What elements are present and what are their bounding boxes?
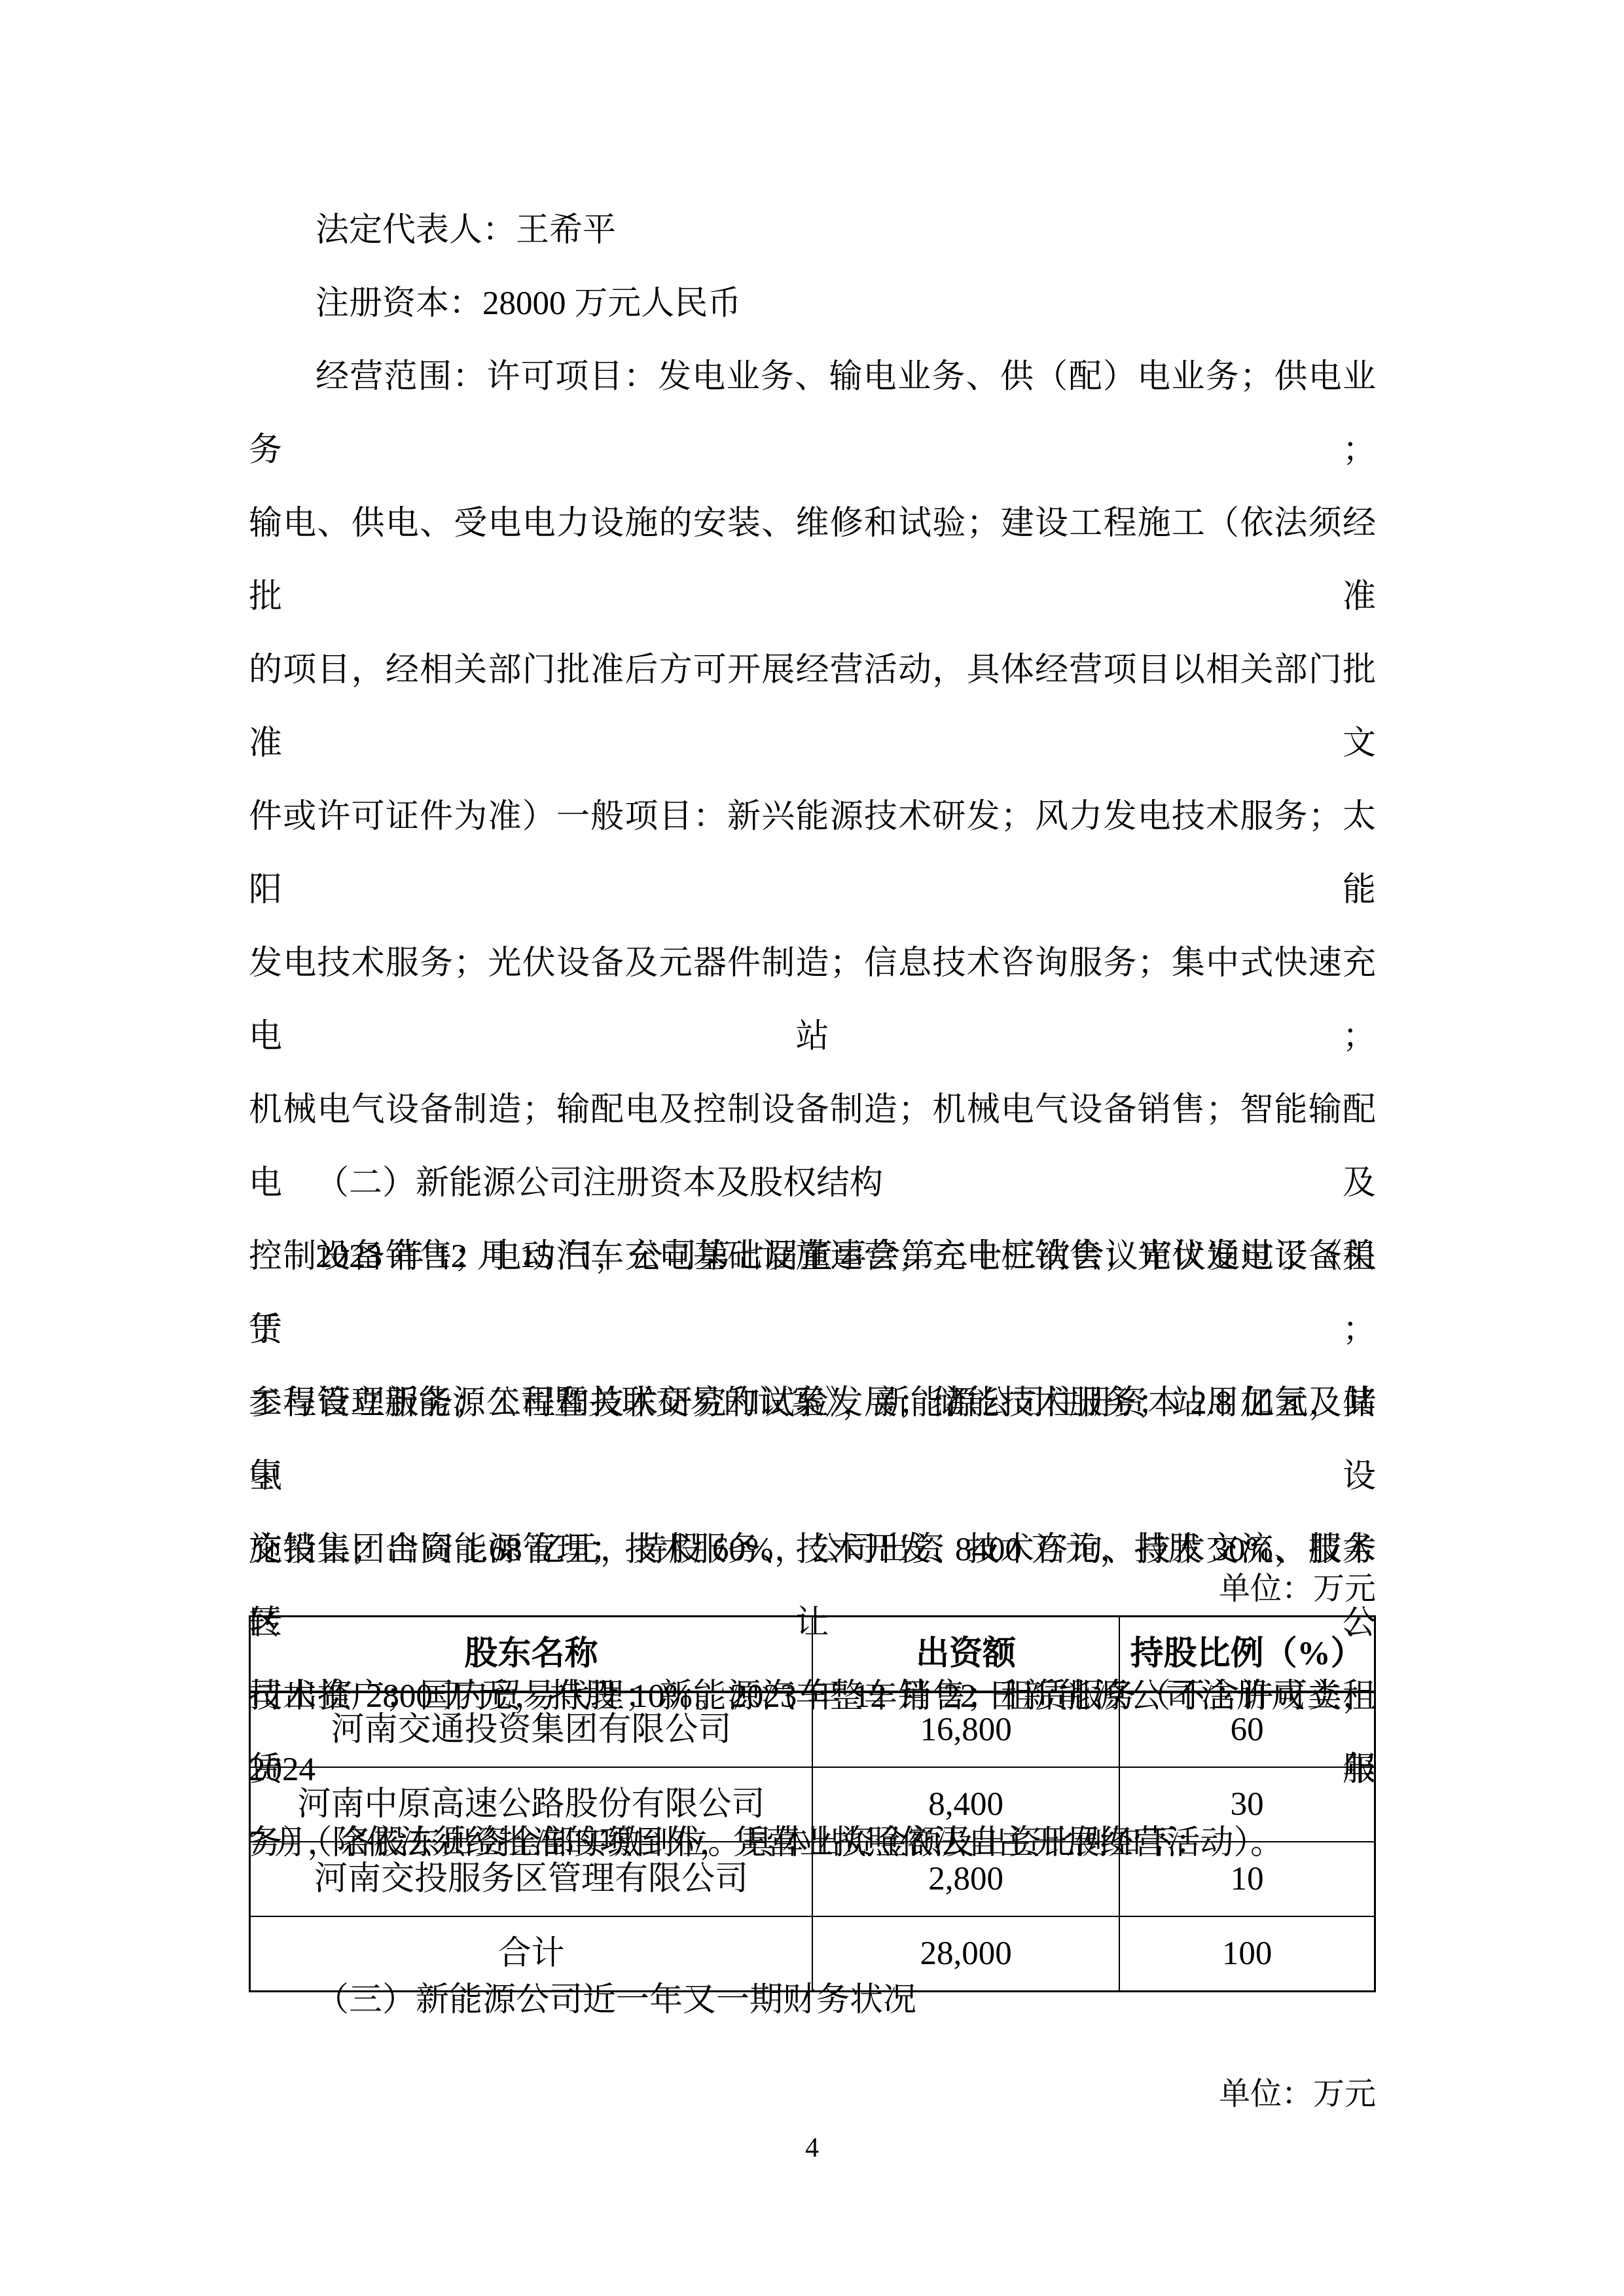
capital-structure-line: 2023 年 12 月 15 日，公司第七届董事会第二十三次会议审议通过了《关于 — [249, 1220, 1376, 1367]
section-heading-3-text: （三）新能源公司近一年又一期财务状况 — [249, 1964, 1376, 2037]
business-scope-line: 经营范围：许可项目：发电业务、输电业务、供（配）电业务；供电业务； — [249, 340, 1376, 487]
registered-capital-text: 注册资本：28000 万元人民币 — [249, 267, 1376, 340]
ratio-cell: 30 — [1119, 1767, 1375, 1842]
col-header-ratio: 持股比例（%） — [1119, 1617, 1375, 1693]
business-scope-line: 的项目，经相关部门批准后方可开展经营活动，具体经营项目以相关部门批准文 — [249, 634, 1376, 780]
legal-representative-text: 法定代表人：王希平 — [249, 194, 1376, 267]
business-scope-line: 发电技术服务；光伏设备及元器件制造；信息技术咨询服务；集中式快速充电站； — [249, 927, 1376, 1073]
table-row: 河南交通投资集团有限公司 16,800 60 — [250, 1692, 1375, 1767]
contribution-cell: 2,800 — [812, 1842, 1119, 1916]
page-number: 4 — [0, 2128, 1624, 2168]
shareholder-table-wrap: 股东名称 出资额 持股比例（%） 河南交通投资集团有限公司 16,800 60 … — [249, 1615, 1376, 1992]
shareholder-name-cell: 河南交通投资集团有限公司 — [250, 1692, 813, 1767]
table-row: 河南交投服务区管理有限公司 2,800 10 — [250, 1842, 1375, 1916]
capital-structure-line: 参与设立新能源公司暨关联交易的议案》，新能源公司注册资本 2.8 亿元，其中 — [249, 1367, 1376, 1513]
unit-note-bottom: 单位：万元 — [249, 2073, 1376, 2115]
section-heading-2-text: （二）新能源公司注册资本及股权结构 — [249, 1147, 1376, 1220]
ratio-cell: 10 — [1119, 1842, 1375, 1916]
contribution-cell: 16,800 — [812, 1692, 1119, 1767]
section-heading-2: （二）新能源公司注册资本及股权结构 — [249, 1147, 1376, 1220]
ratio-cell: 60 — [1119, 1692, 1375, 1767]
shareholder-name-cell: 河南中原高速公路股份有限公司 — [250, 1767, 813, 1842]
col-header-contribution: 出资额 — [812, 1617, 1119, 1693]
col-header-shareholder-name: 股东名称 — [250, 1617, 813, 1693]
unit-note-top-text: 单位：万元 — [1219, 1571, 1376, 1606]
unit-note-top: 单位：万元 — [249, 1568, 1376, 1610]
business-scope-line: 件或许可证件为准）一般项目：新兴能源技术研发；风力发电技术服务；太阳能 — [249, 780, 1376, 927]
table-row: 河南中原高速公路股份有限公司 8,400 30 — [250, 1767, 1375, 1842]
table-header-row: 股东名称 出资额 持股比例（%） — [250, 1617, 1375, 1693]
registered-capital-line: 注册资本：28000 万元人民币 — [249, 267, 1376, 340]
contribution-cell: 8,400 — [812, 1767, 1119, 1842]
legal-representative-line: 法定代表人：王希平 — [249, 194, 1376, 267]
business-scope-line: 输电、供电、受电电力设施的安装、维修和试验；建设工程施工（依法须经批准 — [249, 487, 1376, 634]
unit-note-bottom-text: 单位：万元 — [1219, 2077, 1376, 2111]
section-heading-3: （三）新能源公司近一年又一期财务状况 — [249, 1964, 1376, 2037]
shareholder-table: 股东名称 出资额 持股比例（%） 河南交通投资集团有限公司 16,800 60 … — [249, 1615, 1376, 1992]
shareholder-name-cell: 河南交投服务区管理有限公司 — [250, 1842, 813, 1916]
document-page: 法定代表人：王希平 注册资本：28000 万元人民币 经营范围：许可项目：发电业… — [0, 0, 1624, 2296]
